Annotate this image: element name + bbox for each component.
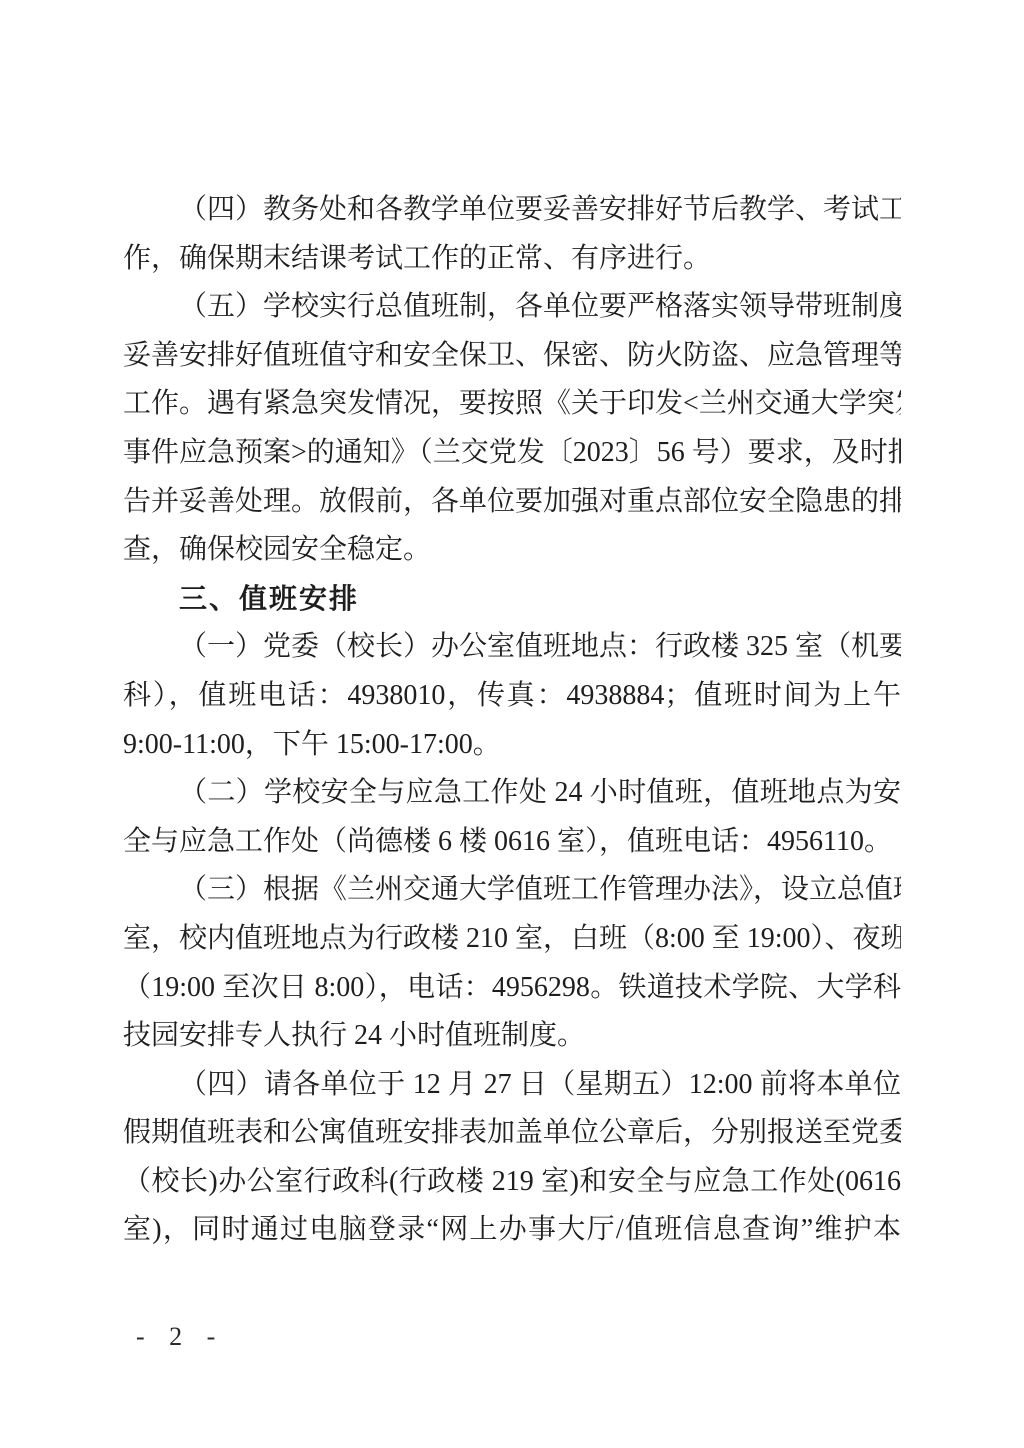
body-line: （五）学校实行总值班制，各单位要严格落实领导带班制度， <box>123 283 901 332</box>
page-number: - 2 - <box>136 1320 224 1354</box>
body-line: 事件应急预案>的通知》（兰交党发〔2023〕56 号）要求，及时报 <box>123 429 901 478</box>
body-line: （19:00 至次日 8:00），电话：4956298。铁道技术学院、大学科 <box>123 964 901 1013</box>
body-line: 9:00-11:00，下午 15:00-17:00。 <box>123 721 901 770</box>
document-page: （四）教务处和各教学单位要妥善安排好节后教学、考试工 作，确保期末结课考试工作的… <box>0 0 1024 1448</box>
body-line: 技园安排专人执行 24 小时值班制度。 <box>123 1012 901 1061</box>
document-body: （四）教务处和各教学单位要妥善安排好节后教学、考试工 作，确保期末结课考试工作的… <box>123 186 901 1255</box>
section-heading-duty-arrangement: 三、值班安排 <box>123 575 901 624</box>
body-line: （二）学校安全与应急工作处 24 小时值班，值班地点为安 <box>123 769 901 818</box>
body-line: （四）请各单位于 12 月 27 日（星期五）12:00 前将本单位 <box>123 1061 901 1110</box>
body-line: （校长)办公室行政科(行政楼 219 室)和安全与应急工作处(0616 <box>123 1158 901 1207</box>
body-line: 告并妥善处理。放假前，各单位要加强对重点部位安全隐患的排 <box>123 478 901 527</box>
body-line: 科），值班电话：4938010，传真：4938884；值班时间为上午 <box>123 672 901 721</box>
body-line: 查，确保校园安全稳定。 <box>123 526 901 575</box>
body-line: 假期值班表和公寓值班安排表加盖单位公章后，分别报送至党委 <box>123 1109 901 1158</box>
body-line: （一）党委（校长）办公室值班地点：行政楼 325 室（机要 <box>123 623 901 672</box>
body-line: 妥善安排好值班值守和安全保卫、保密、防火防盗、应急管理等 <box>123 332 901 381</box>
body-line: 全与应急工作处（尚德楼 6 楼 0616 室），值班电话：4956110。 <box>123 818 901 867</box>
body-line: （四）教务处和各教学单位要妥善安排好节后教学、考试工 <box>123 186 901 235</box>
body-line: 室，校内值班地点为行政楼 210 室，白班（8:00 至 19:00）、夜班 <box>123 915 901 964</box>
body-line: 作，确保期末结课考试工作的正常、有序进行。 <box>123 235 901 284</box>
body-line: 工作。遇有紧急突发情况，要按照《关于印发<兰州交通大学突发 <box>123 380 901 429</box>
body-line: （三）根据《兰州交通大学值班工作管理办法》，设立总值班 <box>123 866 901 915</box>
body-line: 室)，同时通过电脑登录“网上办事大厅/值班信息查询”维护本 <box>123 1206 901 1255</box>
